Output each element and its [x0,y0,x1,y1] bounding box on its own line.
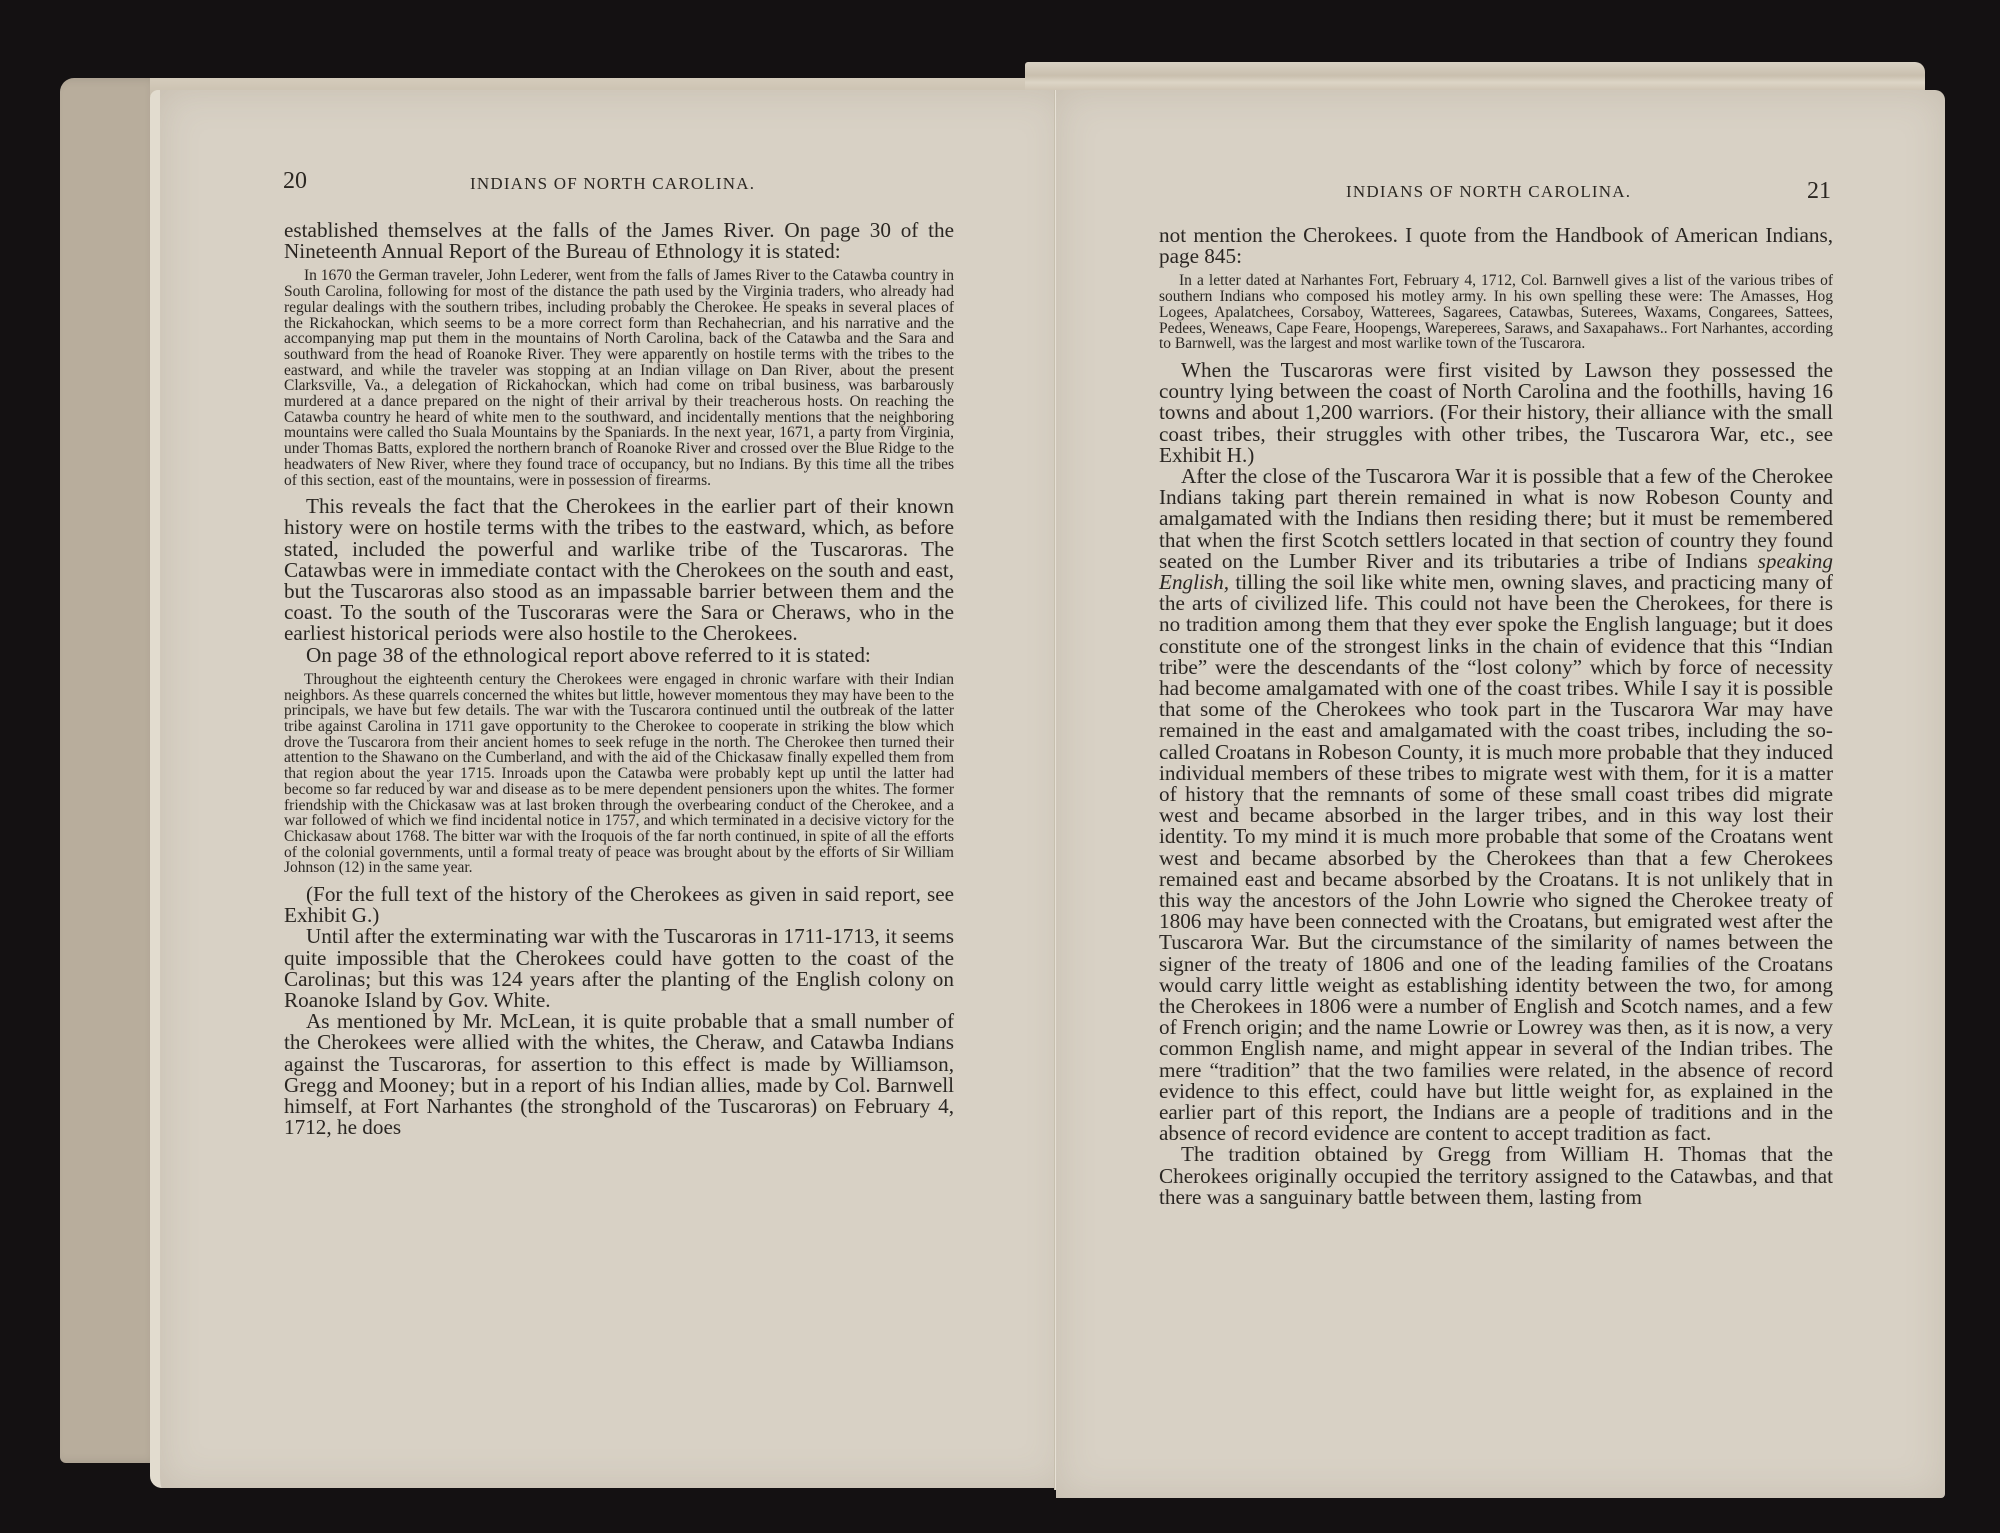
right-page-text-column: not mention the Cherokees. I quote from … [1159,225,1833,1208]
paragraph: On page 38 of the ethnological report ab… [284,645,954,666]
scanned-book-spread: 20 INDIANS OF NORTH CAROLINA. establishe… [0,0,2000,1533]
left-page-text-column: established themselves at the falls of t… [284,220,954,1138]
page-number: 21 [1807,178,1831,205]
paragraph-with-italic: After the close of the Tuscarora War it … [1159,466,1833,1145]
block-quote: Throughout the eighteenth century the Ch… [284,672,954,876]
paragraph: established themselves at the falls of t… [284,220,954,262]
paragraph: Until after the exterminating war with t… [284,926,954,1011]
block-quote: In 1670 the German traveler, John Ledere… [284,268,954,488]
left-page: 20 INDIANS OF NORTH CAROLINA. establishe… [150,90,1066,1488]
right-page: INDIANS OF NORTH CAROLINA. 21 not mentio… [1056,90,1945,1498]
page-number: 20 [283,168,307,195]
paragraph: The tradition obtained by Gregg from Wil… [1159,1144,1833,1208]
book-cover-edge [60,78,160,1463]
text-run: After the close of the Tuscarora War it … [1159,464,1833,573]
paragraph: (For the full text of the history of the… [284,884,954,926]
paragraph: not mention the Cherokees. I quote from … [1159,225,1833,267]
paragraph: As mentioned by Mr. McLean, it is quite … [284,1011,954,1138]
paragraph: When the Tuscaroras were first visited b… [1159,360,1833,466]
block-quote: In a letter dated at Narhantes Fort, Feb… [1159,273,1833,352]
running-head: INDIANS OF NORTH CAROLINA. [470,174,755,194]
text-run: tilling the soil like white men, owning … [1159,570,1833,1145]
running-head: INDIANS OF NORTH CAROLINA. [1346,182,1631,202]
paragraph: This reveals the fact that the Cherokees… [284,496,954,644]
